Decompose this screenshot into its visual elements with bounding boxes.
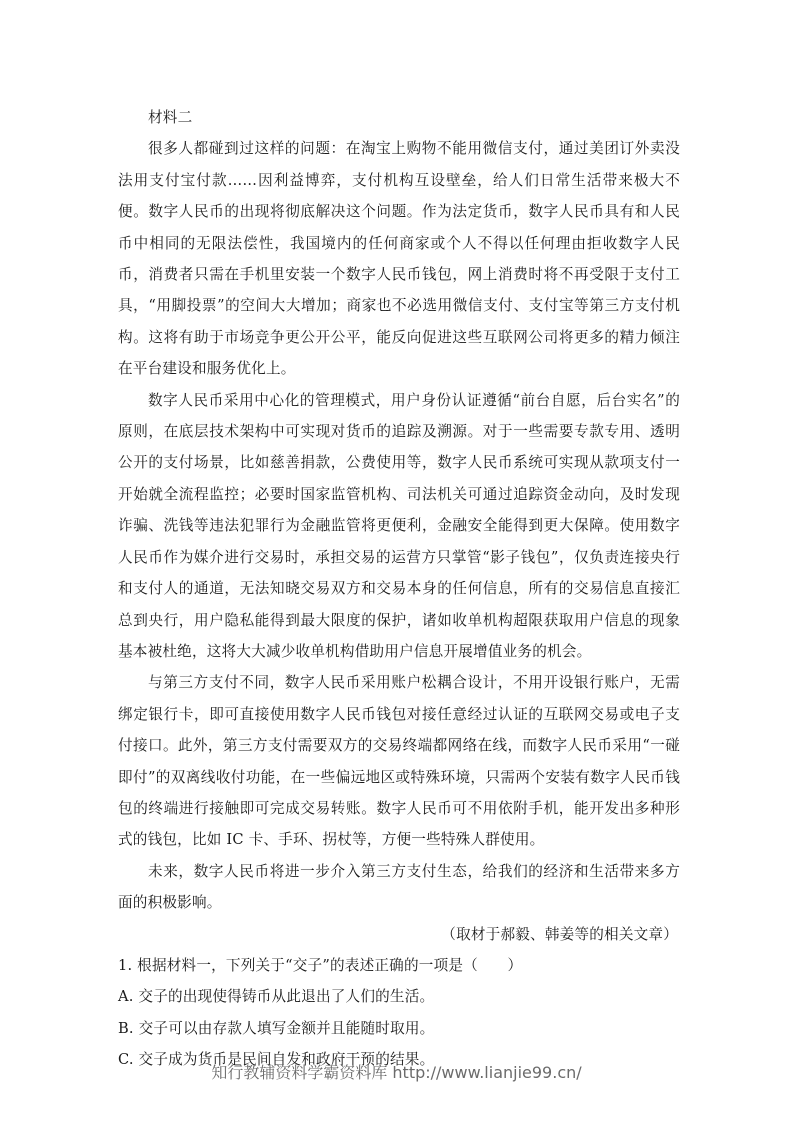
document-page: 材料二 很多人都碰到过这样的问题：在淘宝上购物不能用微信支付，通过美团订外卖没法… [118, 102, 680, 1076]
paragraph-4: 未来，数字人民币将进一步介入第三方支付生态，给我们的经济和生活带来多方面的积极影… [118, 856, 680, 919]
source-citation: （取材于郝毅、韩姜等的相关文章） [118, 919, 680, 950]
option-b: B. 交子可以由存款人填写金额并且能随时取用。 [118, 1013, 680, 1044]
footer-watermark: 知行教辅资料学霸资料库 http://www.lianjie99.cn/ [0, 1060, 793, 1083]
paragraph-3: 与第三方支付不同，数字人民币采用账户松耦合设计，不用开设银行账户，无需绑定银行卡… [118, 667, 680, 855]
question-stem: 1. 根据材料一，下列关于“交子”的表述正确的一项是（ ） [118, 950, 680, 981]
paragraph-1: 很多人都碰到过这样的问题：在淘宝上购物不能用微信支付，通过美团订外卖没法用支付宝… [118, 133, 680, 384]
option-a: A. 交子的出现使得铸币从此退出了人们的生活。 [118, 981, 680, 1012]
section-title: 材料二 [118, 102, 680, 133]
paragraph-2: 数字人民币采用中心化的管理模式，用户身份认证遵循“前台自愿，后台实名”的原则，在… [118, 385, 680, 668]
